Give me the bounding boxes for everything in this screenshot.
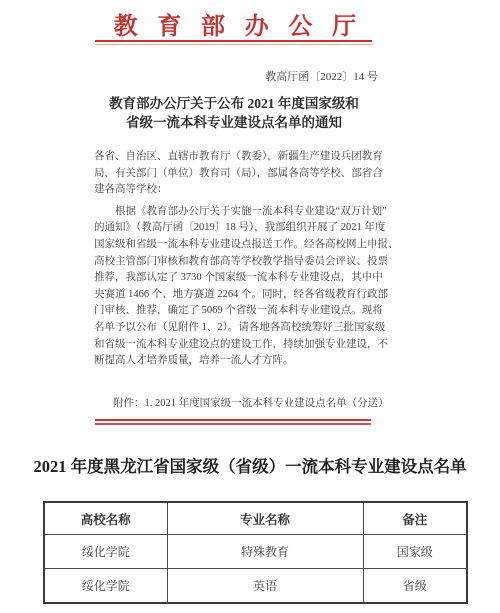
letterhead-agency-title: 教育部办公厅 <box>94 6 374 41</box>
province-list-heading: 2021 年度黑龙江省国家级（省级）一流本科专业建设点名单 <box>0 453 500 477</box>
cell-remark: 国家级 <box>363 535 467 569</box>
body-line: 建各高等学校： <box>94 182 376 199</box>
table-row: 绥化学院 英语 省级 <box>44 569 467 604</box>
col-header-major: 专业名称 <box>167 502 363 535</box>
major-list-table: 高校名称 专业名称 备注 绥化学院 特殊教育 国家级 绥化学院 英语 省级 <box>43 501 468 604</box>
document-page: 教育部办公厅 教高厅函〔2022〕14 号 教育部办公厅关于公布 2021 年度… <box>0 0 500 613</box>
body-line: 国家级和省级一流本科专业建设点报送工作。经各高校网上申报、 <box>94 237 376 254</box>
body-line: 根据《教育部办公厅关于实施一流本科专业建设“双万计划” <box>94 204 376 221</box>
body-line: 门审核、推荐，确定了 5069 个省级一流本科专业建设点。现将 <box>94 303 376 320</box>
body-line: 局，有关部门（单位）教育司（局），部属各高等学校、部省合 <box>94 166 376 183</box>
notice-title-line-1: 教育部办公厅关于公布 2021 年度国家级和 <box>84 94 384 113</box>
body-line: 各省、自治区、直辖市教育厅（教委），新疆生产建设兵团教育 <box>94 149 376 166</box>
body-line: 央赛道 1466 个、地方赛道 2264 个。同时，经各省级教育行政部 <box>94 287 376 304</box>
letterhead-red-rule-echo <box>95 44 372 45</box>
attachment-line: 附件：1. 2021 年度国家级一流本科专业建设点名单（分送） <box>94 395 394 410</box>
table-row: 绥化学院 特殊教育 国家级 <box>44 535 467 569</box>
footer-red-rule-bottom <box>95 423 371 425</box>
footer-red-rule-top <box>95 419 371 421</box>
body-line: 断提高人才培养质量，培养一流人才方阵。 <box>94 353 376 370</box>
notice-body: 各省、自治区、直辖市教育厅（教委），新疆生产建设兵团教育 局，有关部门（单位）教… <box>94 149 376 370</box>
cell-major: 特殊教育 <box>167 535 363 569</box>
body-line: 和省级一流本科专业建设点的建设工作，持续加强专业建设，不 <box>94 337 376 354</box>
doc-number: 教高厅函〔2022〕14 号 <box>94 68 378 84</box>
notice-title: 教育部办公厅关于公布 2021 年度国家级和 省级一流本科专业建设点名单的通知 <box>84 94 384 132</box>
col-header-university: 高校名称 <box>44 502 167 535</box>
body-line: 推荐，我部认定了 3730 个国家级一流本科专业建设点，其中中 <box>94 270 376 287</box>
body-line: 高校主管部门审核和教育部高等学校教学指导委员会评议、投票 <box>94 254 376 271</box>
letterhead-red-rule <box>95 40 372 42</box>
body-line: 名单予以公布（见附件 1、2）。请各地各高校统筹好三批国家级 <box>94 320 376 337</box>
notice-title-line-2: 省级一流本科专业建设点名单的通知 <box>84 113 384 132</box>
cell-major: 英语 <box>167 569 363 604</box>
col-header-remark: 备注 <box>363 502 467 535</box>
table-header-row: 高校名称 专业名称 备注 <box>44 502 467 535</box>
cell-university: 绥化学院 <box>44 569 167 604</box>
cell-remark: 省级 <box>363 569 467 604</box>
cell-university: 绥化学院 <box>44 535 167 569</box>
body-line: 的通知》（教高厅函〔2019〕18 号），我部组织开展了 2021 年度 <box>94 220 376 237</box>
